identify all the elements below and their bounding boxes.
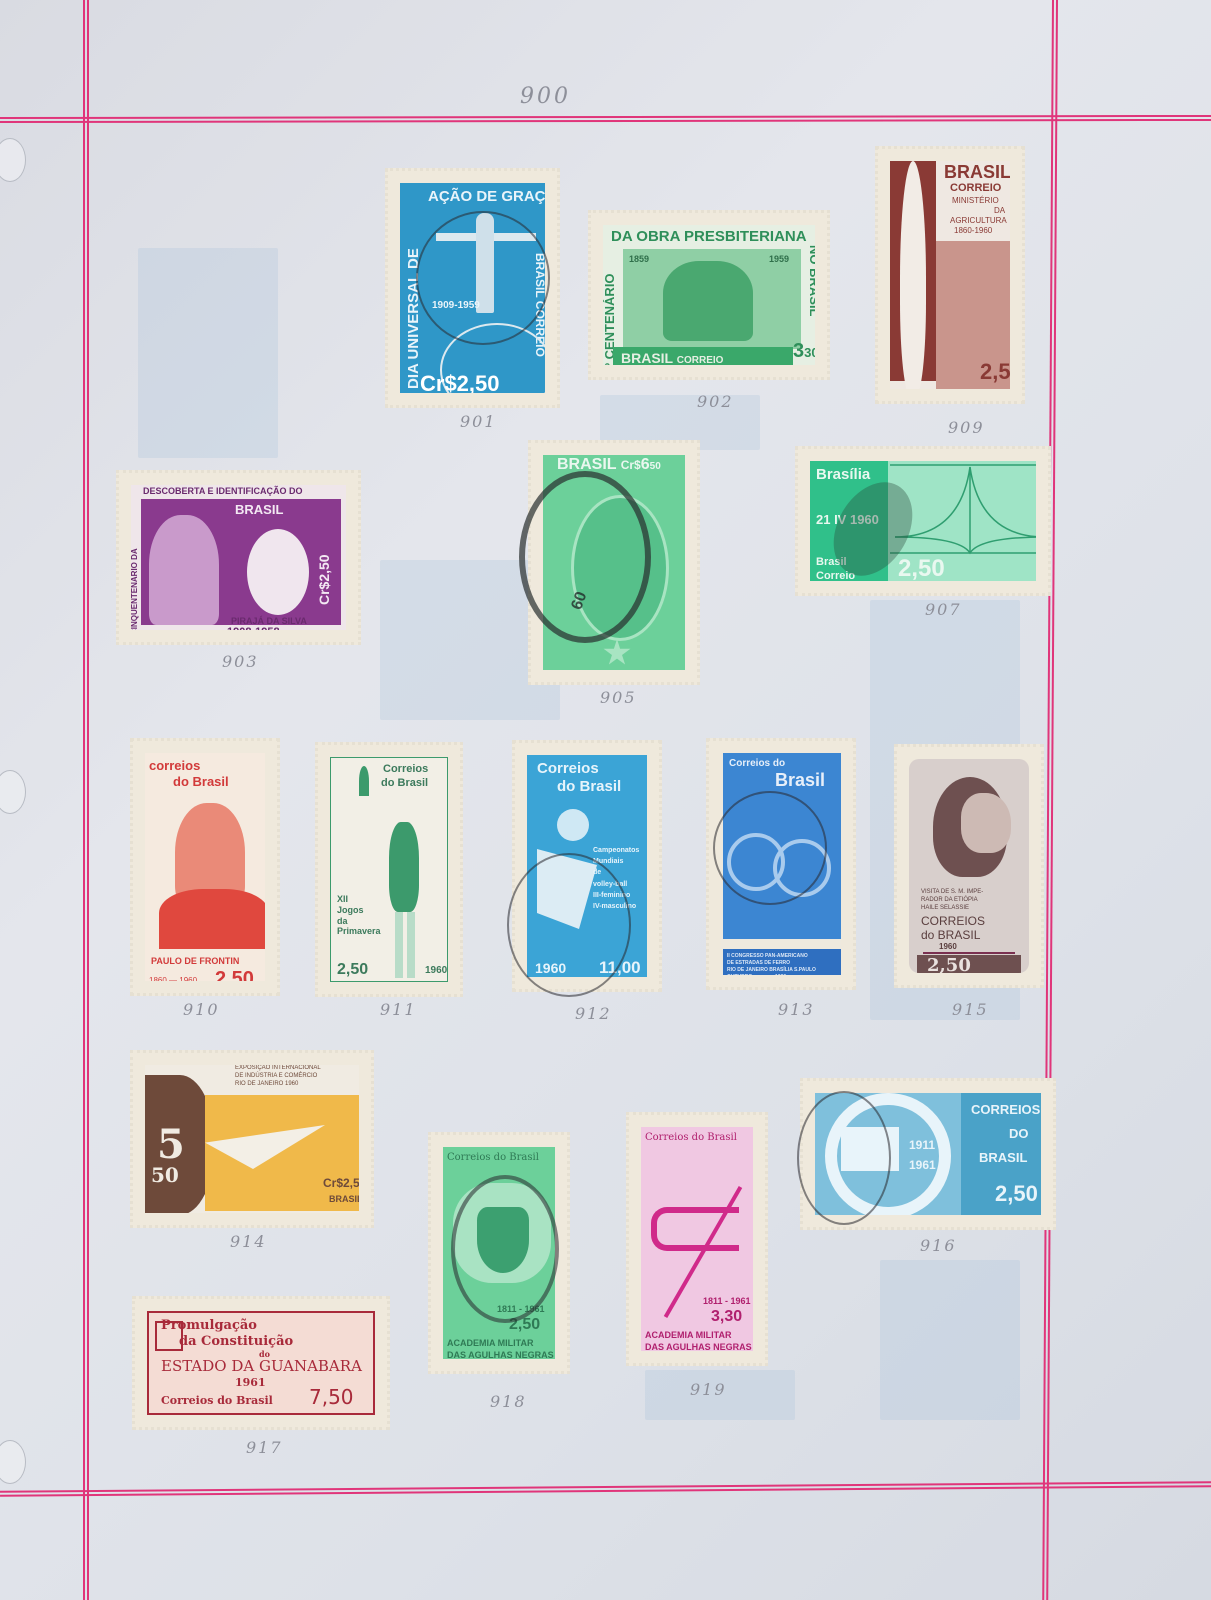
postmark [451, 1175, 559, 1323]
binder-hole [0, 138, 26, 182]
stamp-903[interactable]: DESCOBERTA E IDENTIFICAÇÃO DO CINQUENTEN… [116, 470, 361, 645]
stamp-909[interactable]: BRASIL CORREIO MINISTÉRIO DA AGRICULTURA… [875, 146, 1025, 404]
binder-hole [0, 1440, 26, 1484]
catalog-number: 917 [246, 1438, 283, 1457]
album-ruling-left [83, 0, 89, 1600]
postmark [797, 1091, 891, 1225]
postmark [713, 791, 827, 905]
stamp-912[interactable]: Correios do Brasil CampeonatosMundiaisde… [512, 740, 662, 992]
stamp-913[interactable]: Correios do Brasil 1,50 II CONGRESSO PAN… [706, 738, 856, 990]
catalog-number: 919 [690, 1380, 727, 1399]
catalog-number: 914 [230, 1232, 267, 1251]
catalog-number: 918 [490, 1392, 527, 1411]
catalog-number: 910 [183, 1000, 220, 1019]
catalog-number: 905 [600, 688, 637, 707]
stamp-918[interactable]: Correios do Brasil 1811 - 1961 2,50 ACAD… [428, 1132, 570, 1374]
binder-hole [0, 770, 26, 814]
catalog-number: 907 [925, 600, 962, 619]
stamp-910[interactable]: correios do Brasil PAULO DE FRONTIN 1860… [130, 738, 280, 996]
postmark [519, 471, 651, 643]
album-ruling-right [1042, 0, 1058, 1600]
catalog-number: 909 [948, 418, 985, 437]
stamp-902[interactable]: DA OBRA PRESBITERIANA 1º CENTENÁRIO NO B… [588, 210, 830, 380]
stamp-914[interactable]: 5 50 EXPOSIÇÃO INTERNACIONALDE INDÚSTRIA… [130, 1050, 374, 1228]
postmark [416, 211, 550, 345]
reverse-page-shadow [880, 1260, 1020, 1420]
stamp-905[interactable]: BRASIL Cr$650 60 [528, 440, 700, 685]
catalog-number: 915 [952, 1000, 989, 1019]
album-ruling-bottom [0, 1481, 1211, 1497]
postmark [507, 853, 631, 997]
stamp-915[interactable]: VISITA DE S. M. IMPE-RADOR DA ETIÓPIAHAI… [894, 744, 1044, 988]
catalog-number: 902 [697, 392, 734, 411]
stamp-919[interactable]: Correios do Brasil 1811 - 1961 3,30 ACAD… [626, 1112, 768, 1366]
catalog-number: 916 [920, 1236, 957, 1255]
stamp-917[interactable]: Promulgação da Constituição do ESTADO DA… [132, 1296, 390, 1430]
stamp-916[interactable]: CORREIOS DO BRASIL 2,50 1911 1961 [800, 1078, 1056, 1230]
stamp-907[interactable]: Brasília 21 IV 1960 Brasil Correio 2,50 [795, 446, 1051, 596]
catalog-number: 903 [222, 652, 259, 671]
catalog-number: 913 [778, 1000, 815, 1019]
stamp-911[interactable]: Correios do Brasil XIIJogosdaPrimavera 2… [315, 742, 463, 997]
reverse-page-shadow [138, 248, 278, 458]
catalog-number: 911 [380, 1000, 417, 1019]
catalog-number: 901 [460, 412, 497, 431]
catalog-number: 912 [575, 1004, 612, 1023]
album-ruling-top [0, 115, 1211, 123]
album-page-number: 900 [520, 84, 571, 109]
stamp-901[interactable]: AÇÃO DE GRAÇAS DIA UNIVERSAL DE BRASIL C… [385, 168, 560, 408]
